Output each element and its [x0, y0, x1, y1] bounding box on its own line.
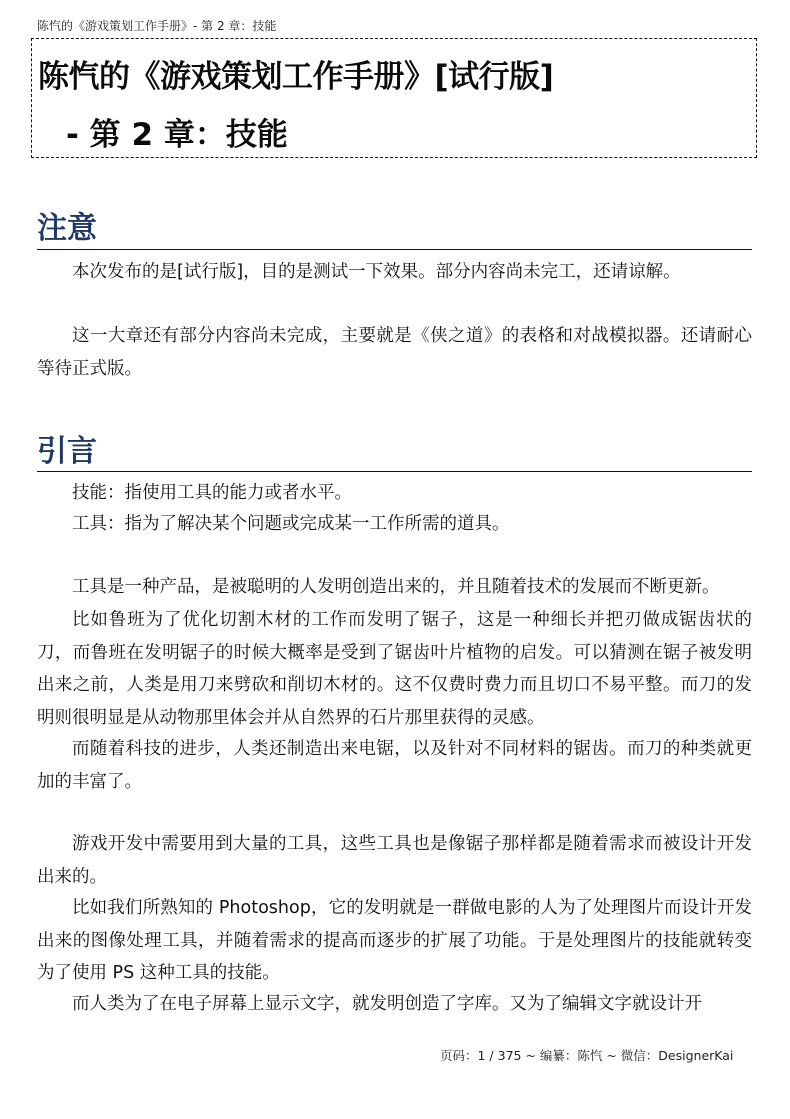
paragraph: 本次发布的是[试行版]，目的是测试一下效果。部分内容尚未完工，还请谅解。	[37, 256, 752, 289]
definition-tool: 工具：指为了解决某个问题或完成某一工作所需的道具。	[37, 508, 752, 541]
paragraph: 工具是一种产品，是被聪明的人发明创造出来的，并且随着技术的发展而不断更新。	[37, 571, 752, 604]
document-title: 陈忾的《游戏策划工作手册》[试行版]	[38, 51, 553, 96]
paragraph: 游戏开发中需要用到大量的工具，这些工具也是像锯子那样都是随着需求而被设计开发出来…	[37, 828, 752, 893]
page-footer: 页码：1 / 375 ~ 编纂：陈忾 ~ 微信：DesignerKai	[440, 1046, 733, 1064]
section-heading-notice: 注意	[37, 203, 97, 247]
chapter-title: - 第 2 章：技能	[66, 109, 288, 154]
paragraph: 比如我们所熟知的 Photoshop，它的发明就是一群做电影的人为了处理图片而设…	[37, 892, 752, 990]
running-header: 陈忾的《游戏策划工作手册》- 第 2 章：技能	[37, 17, 276, 34]
definition-skill: 技能：指使用工具的能力或者水平。	[37, 477, 752, 510]
title-box: 陈忾的《游戏策划工作手册》[试行版] - 第 2 章：技能	[31, 38, 757, 158]
section-rule	[37, 249, 752, 250]
paragraph: 比如鲁班为了优化切割木材的工作而发明了锯子，这是一种细长并把刃做成锯齿状的刀，而…	[37, 604, 752, 734]
section-heading-introduction: 引言	[37, 426, 97, 470]
paragraph: 这一大章还有部分内容尚未完成，主要就是《侠之道》的表格和对战模拟器。还请耐心等待…	[37, 320, 752, 385]
section-rule	[37, 471, 752, 472]
paragraph: 而人类为了在电子屏幕上显示文字，就发明创造了字库。又为了编辑文字就设计开	[37, 988, 752, 1021]
paragraph: 而随着科技的进步，人类还制造出来电锯，以及针对不同材料的锯齿。而刀的种类就更加的…	[37, 733, 752, 798]
